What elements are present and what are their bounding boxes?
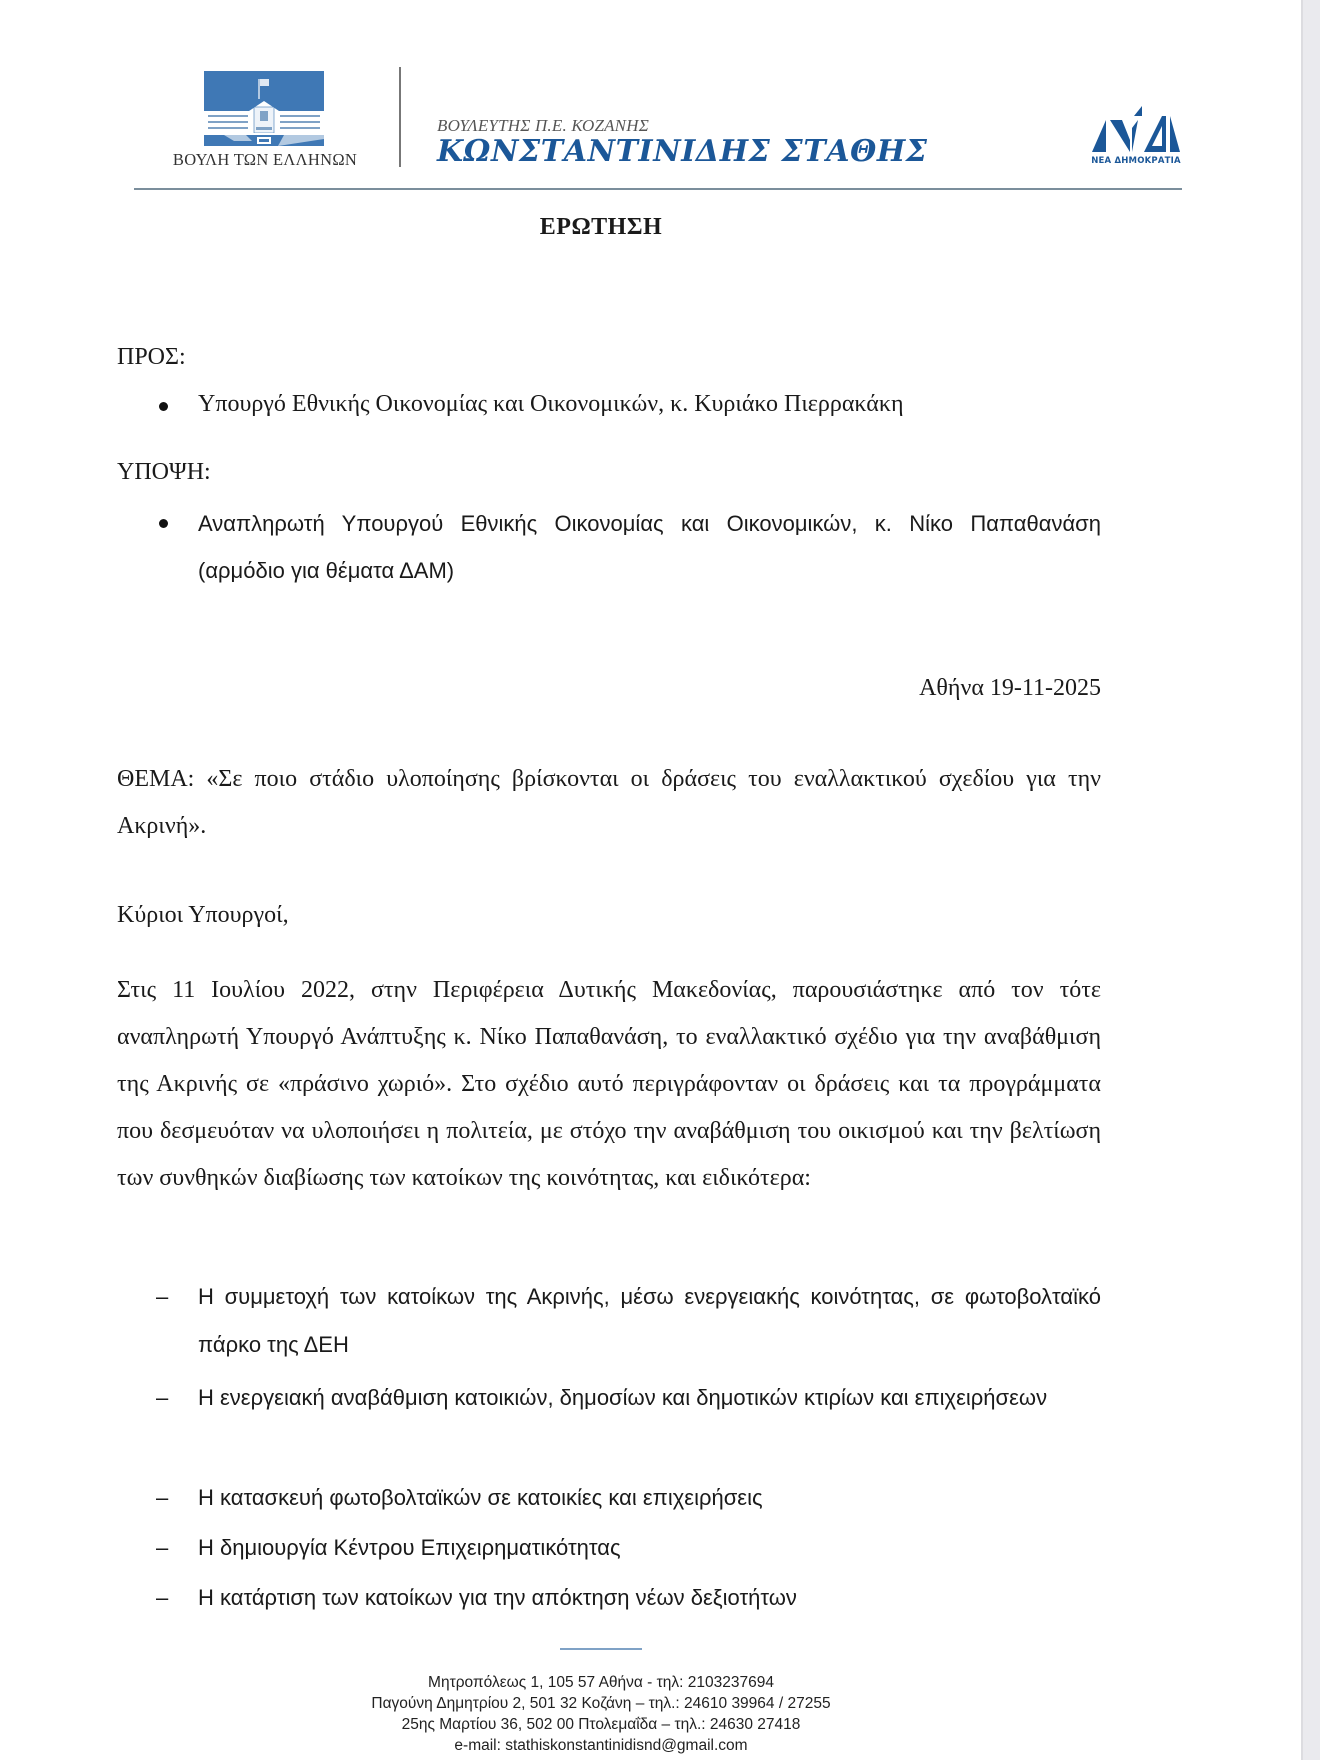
salutation: Κύριοι Υπουργοί,: [117, 902, 289, 929]
party-name: ΝΕΑ ΔΗΜΟΚΡΑΤΙΑ: [1088, 156, 1184, 166]
header-divider: [399, 67, 401, 167]
list-item: Η ενεργειακή αναβάθμιση κατοικιών, δημοσ…: [198, 1374, 1101, 1422]
body-paragraph: Στις 11 Ιουλίου 2022, στην Περιφέρεια Δυ…: [117, 967, 1101, 1202]
to-recipient: Υπουργό Εθνικής Οικονομίας και Οικονομικ…: [198, 391, 904, 418]
dash-icon: –: [156, 1535, 168, 1561]
list-item: Η κατάρτιση των κατοίκων για την απόκτησ…: [198, 1574, 1101, 1622]
to-label: ΠΡΟΣ:: [117, 344, 186, 371]
place-date: Αθήνα 19-11-2025: [919, 675, 1101, 702]
bullet-icon: [159, 402, 168, 411]
mp-name: ΚΩΝΣΤΑΝΤΙΝΙΔΗΣ ΣΤΑΘΗΣ: [437, 134, 928, 169]
cc-recipient: Αναπληρωτή Υπουργού Εθνικής Οικονομίας κ…: [198, 500, 1101, 594]
footer-rule: [560, 1648, 642, 1650]
list-item: Η δημιουργία Κέντρου Επιχειρηματικότητας: [198, 1524, 1101, 1572]
footer-address-ptolemaida: 25ης Μαρτίου 36, 502 00 Πτολεμαΐδα – τηλ…: [0, 1714, 1202, 1735]
nd-logo-icon: [1088, 106, 1184, 154]
viewer-edge: [1301, 0, 1320, 1760]
dash-icon: –: [156, 1385, 168, 1411]
parliament-name: ΒΟΥΛΗ ΤΩΝ ΕΛΛΗΝΩΝ: [160, 150, 370, 170]
document-title: ΕΡΩΤΗΣΗ: [0, 214, 1202, 241]
mp-heading: ΒΟΥΛΕΥΤΗΣ Π.Ε. ΚΟΖΑΝΗΣ ΚΩΝΣΤΑΝΤΙΝΙΔΗΣ ΣΤ…: [437, 116, 928, 169]
mp-subtitle: ΒΟΥΛΕΥΤΗΣ Π.Ε. ΚΟΖΑΝΗΣ: [437, 116, 928, 136]
dash-icon: –: [156, 1284, 168, 1310]
footer-contacts: Μητροπόλεως 1, 105 57 Αθήνα - τηλ: 21032…: [0, 1672, 1202, 1756]
footer-email: e-mail: stathiskonstantinidisnd@gmail.co…: [0, 1735, 1202, 1756]
party-logo: ΝΕΑ ΔΗΜΟΚΡΑΤΙΑ: [1088, 106, 1184, 168]
footer-address-athens: Μητροπόλεως 1, 105 57 Αθήνα - τηλ: 21032…: [0, 1672, 1202, 1693]
header-rule: [134, 188, 1182, 190]
list-item: Η κατασκευή φωτοβολταϊκών σε κατοικίες κ…: [198, 1474, 1101, 1522]
dash-icon: –: [156, 1485, 168, 1511]
list-item: Η συμμετοχή των κατοίκων της Ακρινής, μέ…: [198, 1273, 1101, 1369]
footer-address-kozani: Παγούνη Δημητρίου 2, 501 32 Κοζάνη – τηλ…: [0, 1693, 1202, 1714]
bullet-icon: [159, 519, 168, 528]
parliament-building-icon: [204, 71, 324, 146]
dash-icon: –: [156, 1585, 168, 1611]
subject-line: ΘΕΜΑ: «Σε ποιο στάδιο υλοποίησης βρίσκον…: [117, 756, 1101, 850]
cc-label: ΥΠΟΨΗ:: [117, 459, 211, 486]
